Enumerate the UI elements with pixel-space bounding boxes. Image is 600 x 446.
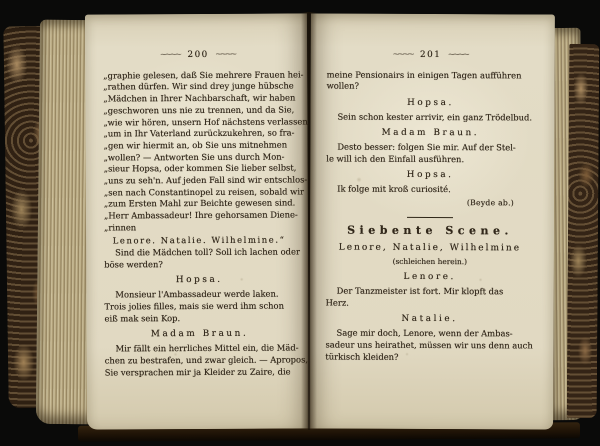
right-page-number: 201	[420, 50, 441, 62]
text-line: türkisch kleiden?	[325, 351, 533, 364]
right-marbled-cover	[567, 44, 600, 418]
header-ornament-icon: ⁓⁓⁓⁓	[160, 49, 180, 61]
text-line: „Mädchen in Ihrer Nachbarschaft, wir hab…	[103, 93, 293, 106]
text-line: Mir fällt ein herrliches Mittel ein, die…	[105, 343, 295, 356]
speaker-heading: Hopsa.	[326, 170, 534, 183]
text-line: Herz.	[326, 297, 534, 310]
left-page-text: „graphie gelesen, daß Sie mehrere Frauen…	[103, 69, 295, 379]
scene-cast: Lenore, Natalie, Wilhelmine	[326, 243, 534, 256]
speaker-heading: Hopsa.	[104, 275, 294, 288]
stage-direction: (Beyde ab.)	[326, 197, 514, 210]
text-line: Sage mir doch, Lenore, wenn der Ambas-	[325, 328, 533, 341]
text-line: „rinnen	[104, 221, 294, 234]
text-line: „sen nach Constantinopel zu reisen, soba…	[104, 186, 294, 199]
text-line: eiß mak sein Kop.	[104, 312, 294, 325]
paragraph: Monsieur l'Ambassadeur werde laken.Trois…	[104, 289, 294, 325]
header-ornament-icon: ⁓⁓⁓⁓	[393, 49, 413, 61]
paragraph: Ik folge mit kroß curiosité.	[326, 184, 534, 197]
text-line: Monsieur l'Ambassadeur werde laken.	[104, 289, 294, 302]
text-line: Ik folge mit kroß curiosité.	[326, 184, 534, 197]
speaker-heading: Madam Braun.	[105, 328, 295, 341]
text-line: „rathen dürfen. Wir sind drey junge hübs…	[103, 81, 293, 94]
right-page-header: ⁓⁓⁓⁓ 201 ⁓⁓⁓⁓	[327, 50, 535, 63]
text-line: Sein schon kester arrivir, ein ganz Tröd…	[326, 111, 534, 124]
right-page-text: meine Pensionairs in einigen Tagen auffü…	[325, 69, 534, 364]
speaker-heading: Natalie.	[326, 314, 534, 327]
text-line: „wie wir hören, unsern Hof nächstens ver…	[103, 116, 293, 129]
left-page: ⁓⁓⁓⁓ 200 ⁓⁓⁓⁓ „graphie gelesen, daß Sie …	[85, 13, 309, 429]
text-line: Desto besser: folgen Sie mir. Auf der St…	[326, 142, 534, 155]
text-line: „gen wir hiermit an, ob Sie uns mitnehme…	[104, 139, 294, 152]
paragraph: Sind die Mädchen toll? Soll ich lachen o…	[104, 247, 294, 271]
left-page-header: ⁓⁓⁓⁓ 200 ⁓⁓⁓⁓	[103, 49, 293, 62]
text-line: Sie versprachen mir ja Kleider zu Zaire,…	[105, 366, 295, 379]
text-line: „geschworen uns nie zu trennen, und da S…	[103, 104, 293, 117]
scene-title: Siebente Scene.	[326, 225, 534, 238]
text-line: wollen?	[327, 81, 535, 94]
speaker-heading: Madam Braun.	[326, 128, 534, 141]
speaker-heading: Hopsa.	[326, 97, 534, 110]
paragraph: meine Pensionairs in einigen Tagen auffü…	[327, 69, 535, 93]
text-line: „sieur Hopsa, oder kommen Sie lieber sel…	[104, 163, 294, 176]
text-line: „uns zu seh'n. Auf jeden Fall sind wir e…	[104, 175, 294, 188]
text-line: le will ich den Einfall ausführen.	[326, 153, 534, 166]
text-line: „zum Ersten Mahl zur Beichte gewesen sin…	[104, 198, 294, 211]
paragraph: Der Tanzmeister ist fort. Mir klopft das…	[326, 286, 534, 310]
paragraph: „graphie gelesen, daß Sie mehrere Frauen…	[103, 69, 294, 234]
text-line: Trois jolies filles, mais sie werd ihm s…	[104, 301, 294, 314]
header-ornament-icon: ⁓⁓⁓⁓	[448, 49, 468, 61]
text-line: meine Pensionairs in einigen Tagen auffü…	[327, 69, 535, 82]
text-line: Sind die Mädchen toll? Soll ich lachen o…	[104, 247, 294, 260]
book-photo: ⁓⁓⁓⁓ 200 ⁓⁓⁓⁓ „graphie gelesen, daß Sie …	[0, 0, 600, 446]
left-page-number: 200	[187, 50, 208, 62]
right-page: ⁓⁓⁓⁓ 201 ⁓⁓⁓⁓ meine Pensionairs in einig…	[309, 13, 555, 429]
scene-note: (schleichen herein.)	[326, 255, 534, 268]
text-line: böse werden?	[104, 258, 294, 271]
paragraph: Sage mir doch, Lenore, wenn der Ambas-sa…	[325, 328, 533, 364]
text-line: „graphie gelesen, daß Sie mehrere Frauen…	[103, 69, 293, 82]
speaker-heading: Lenore.	[326, 271, 534, 284]
paragraph: Desto besser: folgen Sie mir. Auf der St…	[326, 142, 534, 166]
text-line: „um in Ihr Vaterland zurückzukehren, so …	[104, 128, 294, 141]
scene-divider	[407, 217, 453, 219]
text-line: sadeur uns heirathet, müssen wir uns den…	[325, 339, 533, 352]
text-line: Der Tanzmeister ist fort. Mir klopft das	[326, 286, 534, 299]
paragraph: Sein schon kester arrivir, ein ganz Tröd…	[326, 111, 534, 124]
text-line: „Herr Ambassadeur! Ihre gehorsamen Diene…	[104, 210, 294, 223]
text-line: „wollen? — Antworten Sie uns durch Mon-	[104, 151, 294, 164]
text-line: chen zu bestrafen, und zwar gleich. — Ap…	[105, 354, 295, 367]
paragraph: Mir fällt ein herrliches Mittel ein, die…	[105, 343, 295, 379]
letter-signature: Lenore. Natalie. Wilhelmine.“	[104, 234, 294, 247]
header-ornament-icon: ⁓⁓⁓⁓	[216, 49, 236, 61]
